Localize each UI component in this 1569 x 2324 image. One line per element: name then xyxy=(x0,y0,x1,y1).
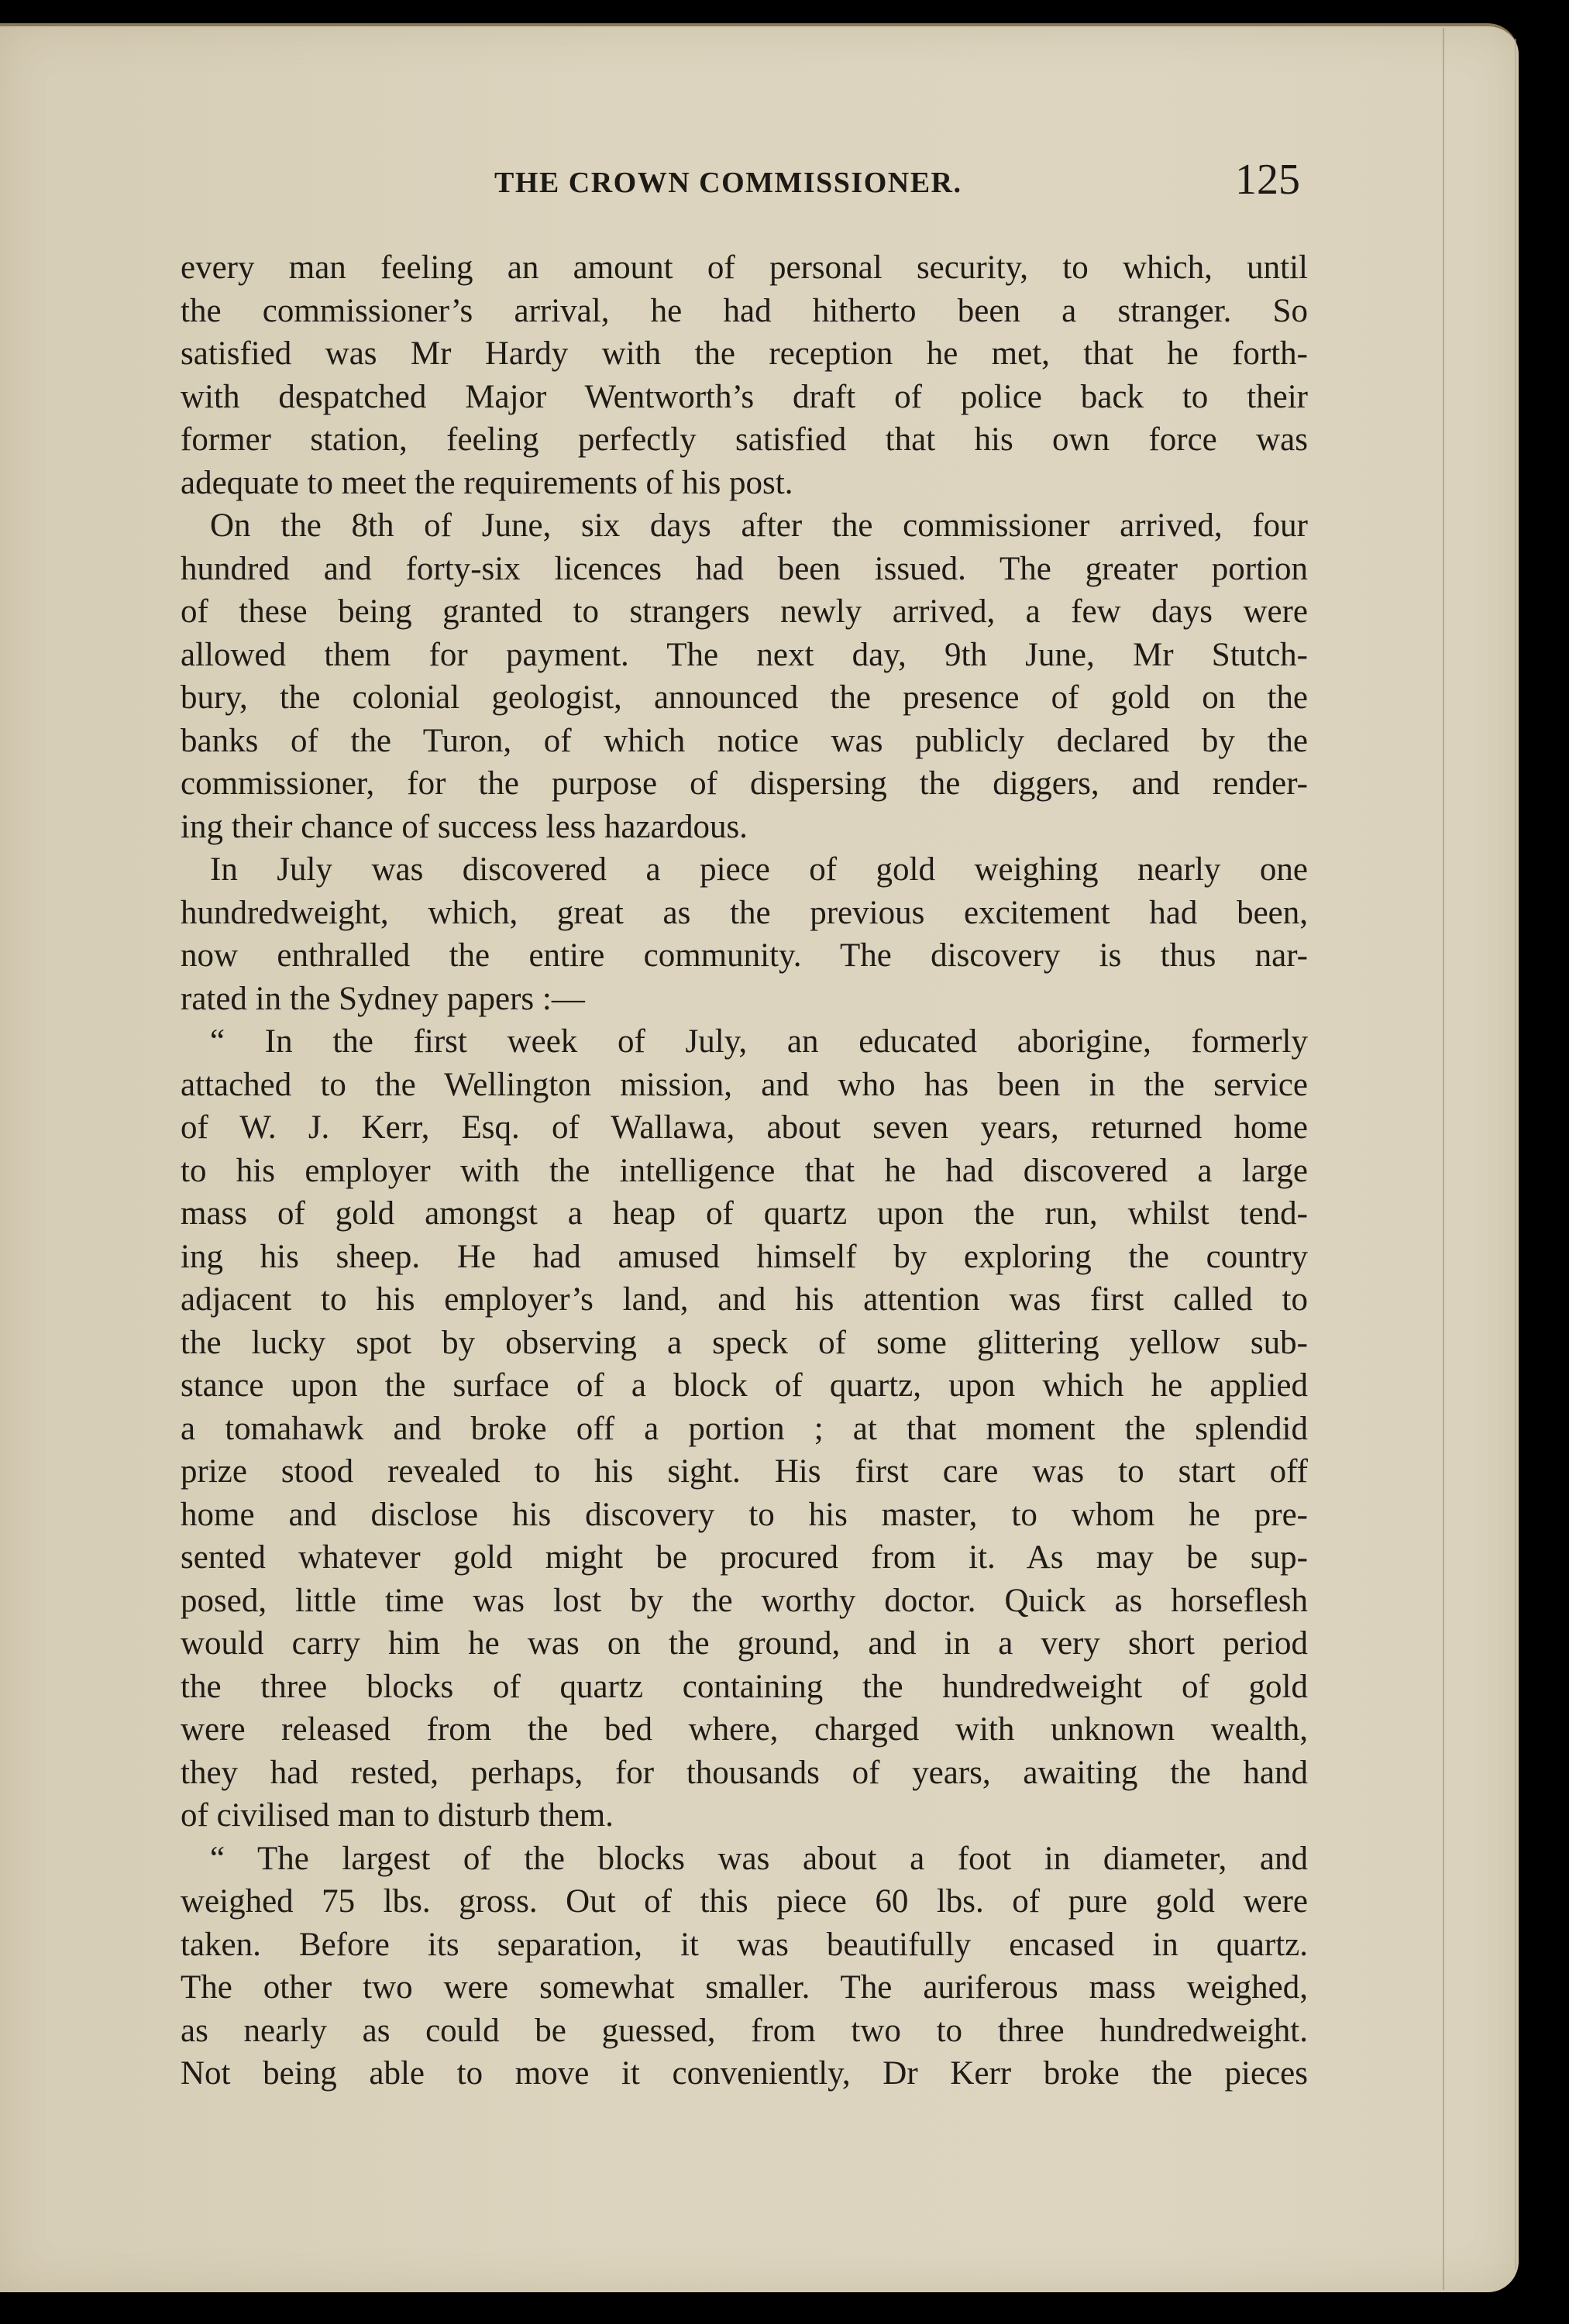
text-line: commissioner, for the purpose of dispers… xyxy=(181,762,1308,806)
running-head: THE CROWN COMMISSIONER. 125 xyxy=(181,155,1308,201)
page-number: 125 xyxy=(1235,155,1300,205)
paragraph: every man feeling an amount of personal … xyxy=(181,246,1308,504)
text-line: The other two were somewhat smaller. The… xyxy=(181,1966,1308,2009)
text-line: adjacent to his employer’s land, and his… xyxy=(181,1278,1308,1322)
page-fold-line xyxy=(1443,28,1444,2290)
text-line: would carry him he was on the ground, an… xyxy=(181,1622,1308,1666)
text-line: “ In the first week of July, an educated… xyxy=(181,1020,1308,1064)
text-line: “ The largest of the blocks was about a … xyxy=(181,1838,1308,1881)
text-line: every man feeling an amount of personal … xyxy=(181,246,1308,290)
text-line: were released from the bed where, charge… xyxy=(181,1708,1308,1752)
text-line: Not being able to move it conveniently, … xyxy=(181,2052,1308,2095)
text-line: of civilised man to disturb them. xyxy=(181,1794,1308,1838)
text-line: former station, feeling perfectly satisf… xyxy=(181,418,1308,462)
text-line: stance upon the surface of a block of qu… xyxy=(181,1364,1308,1408)
body-text: every man feeling an amount of personal … xyxy=(181,246,1308,2095)
text-line: they had rested, perhaps, for thousands … xyxy=(181,1752,1308,1795)
page-edge-line xyxy=(1515,39,1516,2270)
text-line: with despatched Major Wentworth’s draft … xyxy=(181,376,1308,419)
text-line: as nearly as could be guessed, from two … xyxy=(181,2009,1308,2053)
text-line: now enthralled the entire community. The… xyxy=(181,934,1308,978)
text-line: taken. Before its separation, it was bea… xyxy=(181,1923,1308,1967)
text-line: hundredweight, which, great as the previ… xyxy=(181,892,1308,935)
paragraph: On the 8th of June, six days after the c… xyxy=(181,504,1308,848)
text-line: adequate to meet the requirements of his… xyxy=(181,462,1308,505)
text-line: home and disclose his discovery to his m… xyxy=(181,1494,1308,1537)
text-line: satisfied was Mr Hardy with the receptio… xyxy=(181,332,1308,376)
text-line: sented whatever gold might be procured f… xyxy=(181,1536,1308,1580)
text-line: bury, the colonial geologist, announced … xyxy=(181,676,1308,720)
text-line: On the 8th of June, six days after the c… xyxy=(181,504,1308,548)
text-line: of these being granted to strangers newl… xyxy=(181,590,1308,634)
text-line: mass of gold amongst a heap of quartz up… xyxy=(181,1192,1308,1236)
text-line: to his employer with the intelligence th… xyxy=(181,1150,1308,1193)
text-line: weighed 75 lbs. gross. Out of this piece… xyxy=(181,1880,1308,1923)
text-line: ing their chance of success less hazardo… xyxy=(181,806,1308,849)
text-line: posed, little time was lost by the worth… xyxy=(181,1580,1308,1623)
text-line: In July was discovered a piece of gold w… xyxy=(181,848,1308,892)
text-line: hundred and forty-six licences had been … xyxy=(181,548,1308,591)
text-line: allowed them for payment. The next day, … xyxy=(181,634,1308,677)
text-line: attached to the Wellington mission, and … xyxy=(181,1064,1308,1107)
text-line: banks of the Turon, of which notice was … xyxy=(181,720,1308,763)
text-line: of W. J. Kerr, Esq. of Wallawa, about se… xyxy=(181,1106,1308,1150)
text-line: prize stood revealed to his sight. His f… xyxy=(181,1450,1308,1494)
text-line: a tomahawk and broke off a portion ; at … xyxy=(181,1408,1308,1451)
quoted-paragraph: “ In the first week of July, an educated… xyxy=(181,1020,1308,1838)
paragraph: In July was discovered a piece of gold w… xyxy=(181,848,1308,1020)
text-line: rated in the Sydney papers :— xyxy=(181,978,1308,1021)
running-title: THE CROWN COMMISSIONER. xyxy=(494,166,962,200)
text-line: the three blocks of quartz containing th… xyxy=(181,1666,1308,1709)
text-line: the lucky spot by observing a speck of s… xyxy=(181,1322,1308,1365)
quoted-paragraph: “ The largest of the blocks was about a … xyxy=(181,1838,1308,2095)
text-line: the commissioner’s arrival, he had hithe… xyxy=(181,290,1308,333)
text-line: ing his sheep. He had amused himself by … xyxy=(181,1236,1308,1279)
